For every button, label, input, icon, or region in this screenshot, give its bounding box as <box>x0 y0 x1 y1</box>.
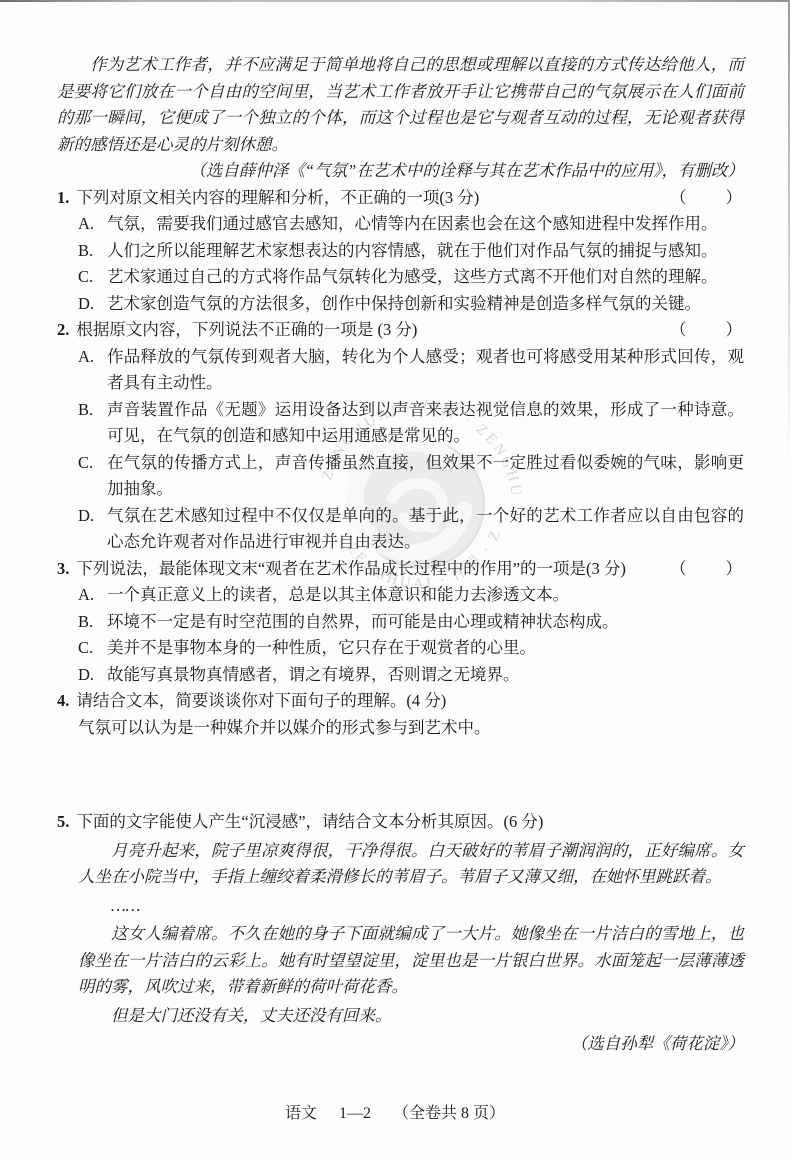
option-row: A. 作品释放的气氛传到观者大脑，转化为个人感受；观者也可将感受用某种形式回传，… <box>78 344 744 397</box>
option-row: C. 在气氛的传播方式上，声音传播虽然直接，但效果不一定胜过看似委婉的气味，影响… <box>78 450 744 503</box>
question-3-number: 3. <box>57 556 76 583</box>
footer-page-number: 1—2 <box>339 1105 371 1122</box>
option-label: C. <box>78 450 107 503</box>
scan-edge-top <box>0 0 790 2</box>
option-label: D. <box>78 291 107 318</box>
question-5-excerpt: 月亮升起来，院子里凉爽得很，干净得很。白天破好的苇眉子潮润润的，正好编席。女人坐… <box>57 838 744 1058</box>
excerpt-paragraph-1: 月亮升起来，院子里凉爽得很，干净得很。白天破好的苇眉子潮润润的，正好编席。女人坐… <box>78 838 744 891</box>
question-2-options: A. 作品释放的气氛传到观者大脑，转化为个人感受；观者也可将感受用某种形式回传，… <box>57 344 744 556</box>
question-3-stem: 下列说法，最能体现文末“观者在艺术作品成长过程中的作用”的一项是(3 分) <box>76 556 670 583</box>
question-2-answer-bracket: （ ） <box>670 317 744 344</box>
question-4-stem: 请结合文本，简要谈谈你对下面句子的理解。(4 分) <box>76 688 744 715</box>
option-row: C. 艺术家通过自己的方式将作品气氛转化为感受，这些方式离不开他们对自然的理解。 <box>78 264 744 291</box>
option-label: C. <box>78 635 107 662</box>
option-row: D. 气氛在艺术感知过程中不仅仅是单向的。基于此，一个好的艺术工作者应以自由包容… <box>78 503 744 556</box>
option-text: 声音装置作品《无题》运用设备达到以声音来表达视觉信息的效果，形成了一种诗意。可见… <box>107 397 744 450</box>
passage: 作为艺术工作者，并不应满足于简单地将自己的思想或理解以直接的方式传达给他人，而是… <box>57 52 744 185</box>
question-5-number: 5. <box>57 809 76 836</box>
option-text: 艺术家通过自己的方式将作品气氛转化为感受，这些方式离不开他们对自然的理解。 <box>107 264 744 291</box>
passage-source: （选自薛仲泽《“气氛”在艺术中的诠释与其在艺术作品中的应用》，有删改） <box>57 158 744 185</box>
page-footer: 语文 1—2 （全卷共 8 页） <box>0 1100 790 1123</box>
footer-total-pages: （全卷共 8 页） <box>393 1105 505 1122</box>
option-text: 人们之所以能理解艺术家想表达的内容情感，就在于他们对作品气氛的捕捉与感知。 <box>107 238 744 265</box>
excerpt-source: （选自孙犁《荷花淀》） <box>78 1031 744 1058</box>
question-block-5: 5. 下面的文字能使人产生“沉浸感”，请结合文本分析其原因。(6 分) 月亮升起… <box>57 809 744 1058</box>
question-4-number: 4. <box>57 688 76 715</box>
option-label: D. <box>78 503 107 556</box>
option-row: B. 环境不一定是有时空范围的自然界，而可能是由心理或精神状态构成。 <box>78 609 744 636</box>
option-text: 环境不一定是有时空范围的自然界，而可能是由心理或精神状态构成。 <box>107 609 744 636</box>
option-text: 艺术家创造气氛的方法很多，创作中保持创新和实验精神是创造多样气氛的关键。 <box>107 291 744 318</box>
exam-page: ZENGHUAI · 伴耕 · ZENGHUAI · ZENGHUAI · 伴耕… <box>0 0 790 1163</box>
option-label: B. <box>78 238 107 265</box>
option-row: C. 美并不是事物本身的一种性质，它只存在于观赏者的心里。 <box>78 635 744 662</box>
option-text: 美并不是事物本身的一种性质，它只存在于观赏者的心里。 <box>107 635 744 662</box>
question-2-number: 2. <box>57 317 76 344</box>
option-text: 在气氛的传播方式上，声音传播虽然直接，但效果不一定胜过看似委婉的气味，影响更加抽… <box>107 450 744 503</box>
question-1-options: A. 气氛，需要我们通过感官去感知，心情等内在因素也会在这个感知进程中发挥作用。… <box>57 211 744 317</box>
excerpt-paragraph-2: 这女人编着席。不久在她的身子下面就编成了一大片。她像坐在一片洁白的雪地上，也像坐… <box>78 921 744 1001</box>
question-block-1: 1. 下列对原文相关内容的理解和分析，不正确的一项(3 分) （ ） A. 气氛… <box>57 185 744 318</box>
footer-subject: 语文 <box>285 1105 317 1122</box>
option-row: A. 一个真正意义上的读者，总是以其主体意识和能力去渗透文本。 <box>78 582 744 609</box>
question-1-number: 1. <box>57 185 76 212</box>
excerpt-paragraph-3: 但是大门还没有关，丈夫还没有回来。 <box>78 1003 744 1030</box>
option-row: B. 人们之所以能理解艺术家想表达的内容情感，就在于他们对作品气氛的捕捉与感知。 <box>78 238 744 265</box>
question-block-2: 2. 根据原文内容，下列说法不正确的一项是 (3 分) （ ） A. 作品释放的… <box>57 317 744 556</box>
passage-paragraph: 作为艺术工作者，并不应满足于简单地将自己的思想或理解以直接的方式传达给他人，而是… <box>57 52 744 158</box>
option-text: 作品释放的气氛传到观者大脑，转化为个人感受；观者也可将感受用某种形式回传，观者具… <box>107 344 744 397</box>
option-text: 气氛在艺术感知过程中不仅仅是单向的。基于此，一个好的艺术工作者应以自由包容的心态… <box>107 503 744 556</box>
question-block-4: 4. 请结合文本，简要谈谈你对下面句子的理解。(4 分) 气氛可以认为是一种媒介… <box>57 688 744 741</box>
question-5-stem: 下面的文字能使人产生“沉浸感”，请结合文本分析其原因。(6 分) <box>76 809 744 836</box>
option-row: D. 故能写真景物真情感者，谓之有境界，否则谓之无境界。 <box>78 662 744 689</box>
option-row: D. 艺术家创造气氛的方法很多，创作中保持创新和实验精神是创造多样气氛的关键。 <box>78 291 744 318</box>
question-3-answer-bracket: （ ） <box>670 556 744 583</box>
option-row: B. 声音装置作品《无题》运用设备达到以声音来表达视觉信息的效果，形成了一种诗意… <box>78 397 744 450</box>
question-3-options: A. 一个真正意义上的读者，总是以其主体意识和能力去渗透文本。 B. 环境不一定… <box>57 582 744 688</box>
option-text: 一个真正意义上的读者，总是以其主体意识和能力去渗透文本。 <box>107 582 744 609</box>
option-label: A. <box>78 344 107 397</box>
option-text: 气氛，需要我们通过感官去感知，心情等内在因素也会在这个感知进程中发挥作用。 <box>107 211 744 238</box>
question-2-stem: 根据原文内容，下列说法不正确的一项是 (3 分) <box>76 317 670 344</box>
question-4-quote: 气氛可以认为是一种媒介并以媒介的形式参与到艺术中。 <box>57 715 744 742</box>
question-1-stem: 下列对原文相关内容的理解和分析，不正确的一项(3 分) <box>76 185 670 212</box>
question-1-answer-bracket: （ ） <box>670 185 744 212</box>
option-label: A. <box>78 211 107 238</box>
option-label: D. <box>78 662 107 689</box>
option-row: A. 气氛，需要我们通过感官去感知，心情等内在因素也会在这个感知进程中发挥作用。 <box>78 211 744 238</box>
option-label: B. <box>78 397 107 450</box>
option-label: A. <box>78 582 107 609</box>
question-block-3: 3. 下列说法，最能体现文末“观者在艺术作品成长过程中的作用”的一项是(3 分)… <box>57 556 744 689</box>
excerpt-ellipsis: …… <box>78 893 744 920</box>
option-text: 故能写真景物真情感者，谓之有境界，否则谓之无境界。 <box>107 662 744 689</box>
option-label: B. <box>78 609 107 636</box>
page-content: 作为艺术工作者，并不应满足于简单地将自己的思想或理解以直接的方式传达给他人，而是… <box>57 52 744 1060</box>
option-label: C. <box>78 264 107 291</box>
